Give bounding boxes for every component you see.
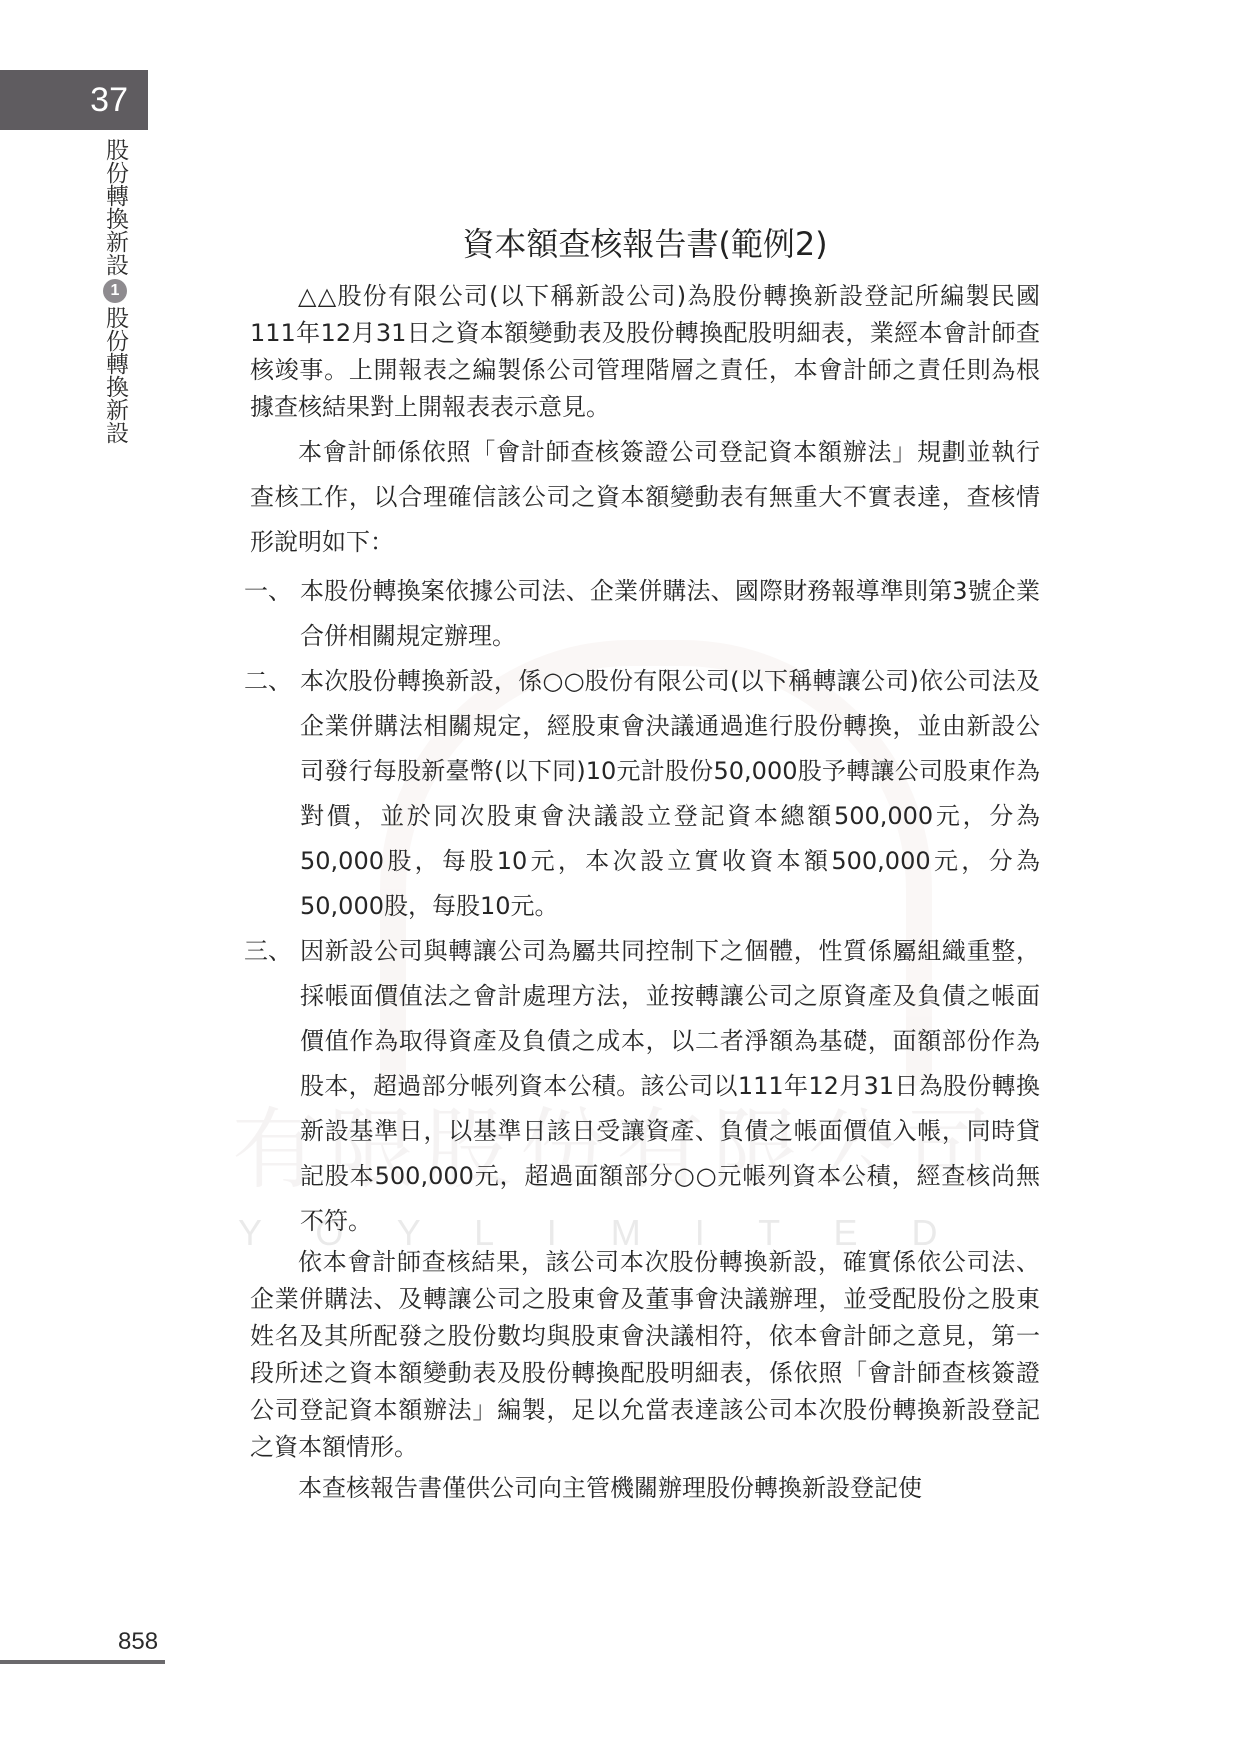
document-body: 資本額查核報告書(範例2) △△股份有限公司(以下稱新設公司)為股份轉換新設登記… [250, 222, 1040, 1507]
page-number: 858 [118, 1628, 158, 1656]
list-item-text: 本次股份轉換新設，係○○股份有限公司(以下稱轉讓公司)依公司法及企業併購法相關規… [300, 659, 1040, 929]
side-part-title: 股份轉換新設 [102, 138, 128, 276]
side-section-title: 股份轉換新設 [102, 306, 128, 444]
list-marker: 一、 [244, 569, 300, 659]
section-number-badge: 1 [103, 279, 127, 303]
chapter-number-tab: 37 [0, 70, 148, 130]
chapter-number: 37 [90, 81, 128, 120]
paragraph-opinion: 依本會計師查核結果，該公司本次股份轉換新設，確實係依公司法、企業併購法、及轉讓公… [250, 1244, 1040, 1466]
list-item-text: 因新設公司與轉讓公司為屬共同控制下之個體，性質係屬組織重整，採帳面價值法之會計處… [300, 929, 1040, 1244]
list-item: 二、 本次股份轉換新設，係○○股份有限公司(以下稱轉讓公司)依公司法及企業併購法… [244, 659, 1040, 929]
list-item-text: 本股份轉換案依據公司法、企業併購法、國際財務報導準則第3號企業合併相關規定辦理。 [300, 569, 1040, 659]
list-item: 三、 因新設公司與轉讓公司為屬共同控制下之個體，性質係屬組織重整，採帳面價值法之… [244, 929, 1040, 1244]
list-marker: 二、 [244, 659, 300, 929]
findings-list: 一、 本股份轉換案依據公司法、企業併購法、國際財務報導準則第3號企業合併相關規定… [250, 569, 1040, 1244]
side-section-label: 股份轉換新設 1 股份轉換新設 [102, 138, 128, 444]
list-item: 一、 本股份轉換案依據公司法、企業併購法、國際財務報導準則第3號企業合併相關規定… [244, 569, 1040, 659]
footer-divider [0, 1660, 165, 1664]
document-title: 資本額查核報告書(範例2) [250, 222, 1040, 266]
paragraph-scope: 本會計師係依照「會計師查核簽證公司登記資本額辦法」規劃並執行查核工作，以合理確信… [250, 430, 1040, 565]
paragraph-intro: △△股份有限公司(以下稱新設公司)為股份轉換新設登記所編製民國111年12月31… [250, 278, 1040, 426]
paragraph-usage: 本查核報告書僅供公司向主管機關辦理股份轉換新設登記使 [250, 1470, 1040, 1507]
list-marker: 三、 [244, 929, 300, 1244]
